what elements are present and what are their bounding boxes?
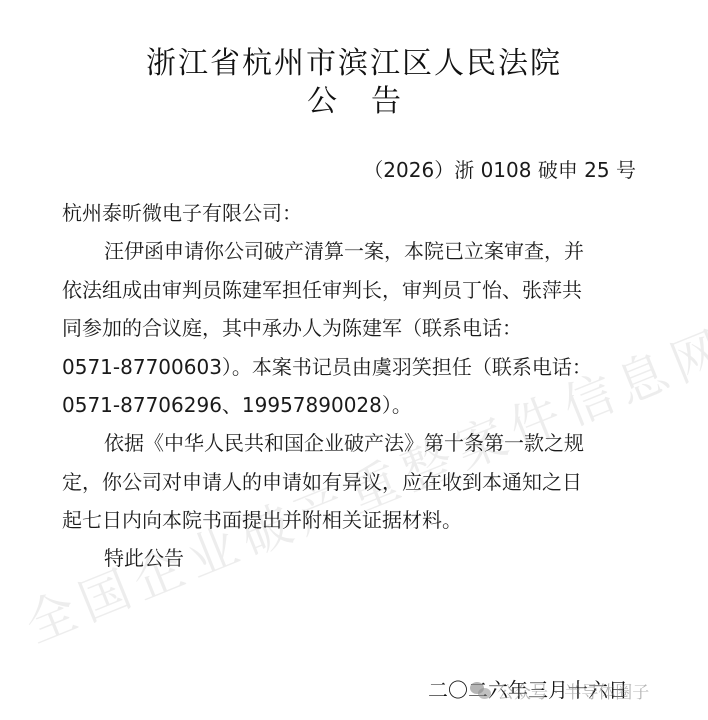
paragraph-line: 依法组成由审判员陈建军担任审判长，审判员丁怡、张萍共 [62, 271, 642, 310]
paragraph-legal-basis: 依据《中华人民共和国企业破产法》第十条第一款之规 定，你公司对申请人的申请如有异… [62, 424, 642, 540]
paragraph-line: 同参加的合议庭，其中承办人为陈建军（联系电话： [62, 309, 642, 348]
watermark-wechat: 公众号 · 半导体圈子 [470, 678, 649, 703]
case-number: （2026）浙 0108 破申 25 号 [363, 154, 636, 183]
paragraph-line: 起七日内向本院书面提出并附相关证据材料。 [62, 501, 642, 540]
announcement-page: 全国企业破产重整案件信息网 浙江省杭州市滨江区人民法院 公告 （2026）浙 0… [0, 0, 708, 720]
paragraph-line: 定，你公司对申请人的申请如有异议，应在收到本通知之日 [62, 463, 642, 502]
paragraph-line: 0571-87700603）。本案书记员由虞羽笑担任（联系电话： [62, 348, 642, 387]
closing-line: 特此公告 [62, 539, 642, 578]
paragraph-case-info: 汪伊函申请你公司破产清算一案，本院已立案审查，并 依法组成由审判员陈建军担任审判… [62, 232, 642, 425]
paragraph-line: 依据《中华人民共和国企业破产法》第十条第一款之规 [62, 424, 642, 463]
paragraph-closing: 特此公告 [62, 539, 642, 578]
wechat-label: 公众号 · 半导体圈子 [497, 678, 649, 703]
wechat-icon [470, 682, 492, 700]
paragraph-line: 0571-87706296、19957890028）。 [62, 386, 642, 425]
addressee: 杭州泰昕微电子有限公司： [62, 197, 302, 226]
paragraph-line: 汪伊函申请你公司破产清算一案，本院已立案审查，并 [62, 232, 642, 271]
doc-type-title: 公告 [0, 76, 708, 120]
